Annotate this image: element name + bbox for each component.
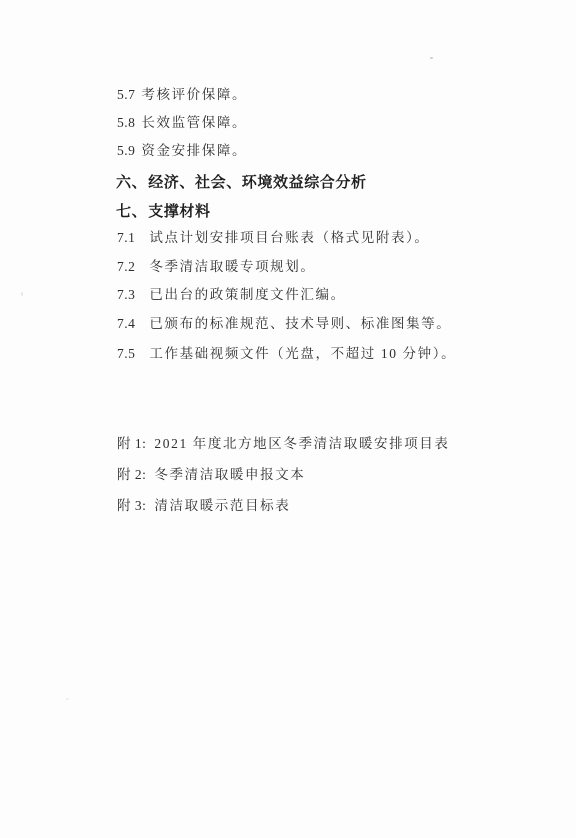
clause-7-2: 7.2冬季清洁取暖专项规划。 — [117, 259, 315, 275]
attachment-title: 2021 年度北方地区冬季清洁取暖安排项目表 — [154, 436, 449, 451]
clause-text: 已颁布的标准规范、技术导则、标准图集等。 — [149, 316, 451, 331]
clause-number: 7.3 — [117, 287, 135, 303]
attachment-label: 附 3: — [117, 498, 146, 514]
clause-5-9: 5.9资金安排保障。 — [117, 143, 247, 159]
clause-number: 5.8 — [117, 115, 135, 131]
section-number: 七、 — [116, 203, 147, 220]
attachment-title: 清洁取暖示范目标表 — [154, 498, 290, 513]
clause-number: 5.9 — [117, 143, 135, 159]
scan-artifact — [66, 698, 69, 700]
scan-artifact — [430, 57, 433, 59]
clause-7-5: 7.5工作基础视频文件（光盘，不超过 10 分钟）。 — [117, 346, 456, 362]
attachment-label: 附 1: — [117, 436, 146, 452]
clause-number: 7.2 — [117, 259, 135, 275]
clause-7-1: 7.1试点计划安排项目台账表（格式见附表）。 — [117, 230, 430, 246]
clause-7-3: 7.3已出台的政策制度文件汇编。 — [117, 287, 346, 303]
section-heading-7: 七、支撑材料 — [116, 203, 211, 221]
clause-number: 5.7 — [117, 87, 135, 103]
clause-text: 已出台的政策制度文件汇编。 — [149, 287, 345, 302]
scan-artifact — [21, 292, 23, 296]
clause-text: 试点计划安排项目台账表（格式见附表）。 — [149, 230, 429, 245]
attachment-3: 附 3:清洁取暖示范目标表 — [117, 498, 290, 514]
clause-text: 考核评价保障。 — [141, 87, 247, 102]
section-heading-6: 六、经济、社会、环境效益综合分析 — [116, 174, 367, 192]
section-title: 经济、社会、环境效益综合分析 — [148, 174, 366, 191]
attachment-1: 附 1:2021 年度北方地区冬季清洁取暖安排项目表 — [117, 436, 449, 452]
clause-text: 长效监管保障。 — [141, 115, 247, 130]
clause-text: 工作基础视频文件（光盘，不超过 10 分钟）。 — [149, 346, 456, 361]
attachment-title: 冬季清洁取暖申报文本 — [154, 467, 305, 482]
clause-text: 资金安排保障。 — [141, 143, 247, 158]
clause-7-4: 7.4已颁布的标准规范、技术导则、标准图集等。 — [117, 316, 451, 332]
clause-number: 7.4 — [117, 316, 135, 332]
attachment-2: 附 2:冬季清洁取暖申报文本 — [117, 467, 305, 483]
attachment-label: 附 2: — [117, 467, 146, 483]
clause-5-8: 5.8长效监管保障。 — [117, 115, 247, 131]
document-page: 5.7考核评价保障。 5.8长效监管保障。 5.9资金安排保障。 六、经济、社会… — [0, 0, 576, 838]
section-title: 支撑材料 — [148, 203, 210, 220]
clause-text: 冬季清洁取暖专项规划。 — [149, 259, 315, 274]
clause-number: 7.1 — [117, 230, 135, 246]
section-number: 六、 — [116, 174, 147, 191]
clause-5-7: 5.7考核评价保障。 — [117, 87, 247, 103]
clause-number: 7.5 — [117, 346, 135, 362]
